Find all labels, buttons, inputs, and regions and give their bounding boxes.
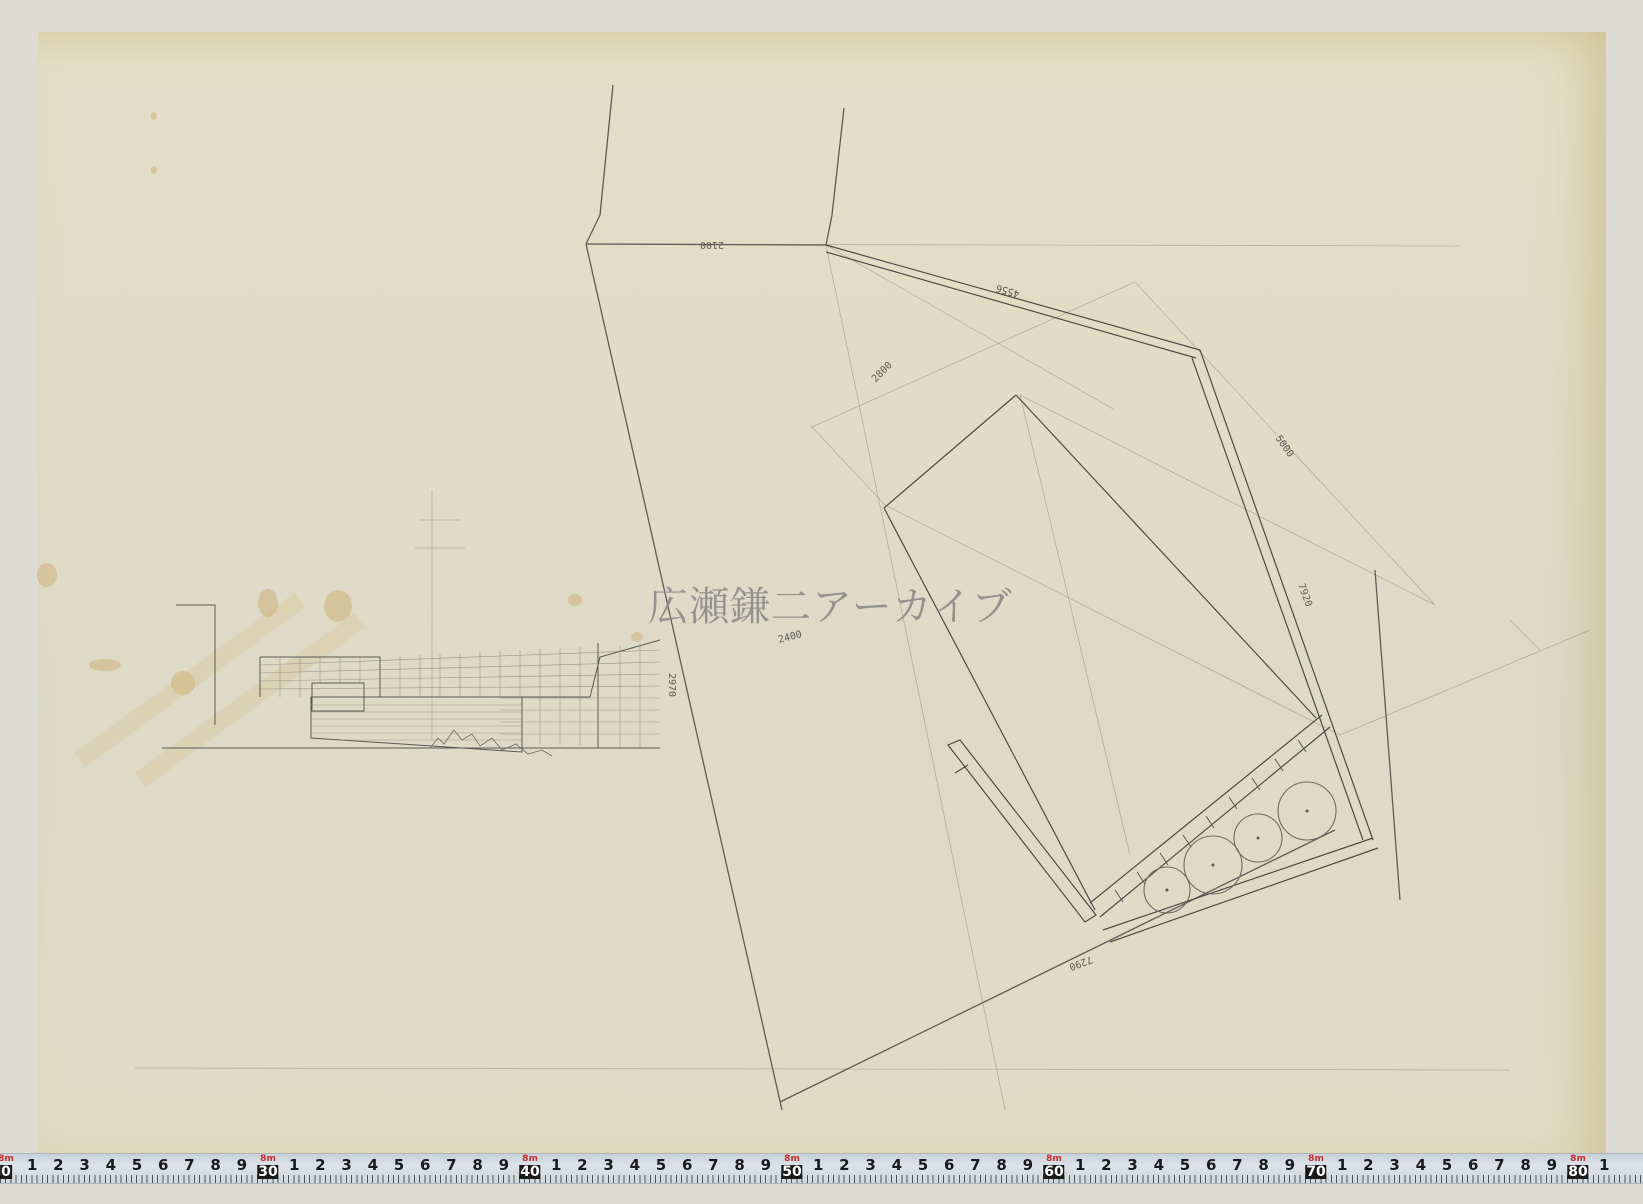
ruler-label: 9 [761, 1156, 771, 1174]
ruler-unit-marker: 8m [260, 1154, 276, 1164]
ruler-label: 3 [1389, 1156, 1399, 1174]
ruler-label: 3 [1127, 1156, 1137, 1174]
ruler-label: 4 [892, 1156, 902, 1174]
ruler-label: 8 [996, 1156, 1006, 1174]
ruler-label: 5 [656, 1156, 666, 1174]
ruler-label: 7 [708, 1156, 718, 1174]
ruler-label: 9 [1547, 1156, 1557, 1174]
ruler-label: 1 [813, 1156, 823, 1174]
construction-lines [135, 244, 1590, 1110]
ruler-label: 1 [27, 1156, 37, 1174]
ruler-major-label: 30 [257, 1165, 278, 1179]
ruler-ticks [0, 1175, 1643, 1183]
ruler-label: 1 [1337, 1156, 1347, 1174]
brick-hatching [1115, 740, 1306, 902]
ruler-label: 2 [315, 1156, 325, 1174]
measuring-tape: 8m01234567898m301234567898m401234567898m… [0, 1153, 1643, 1184]
ruler-label: 6 [682, 1156, 692, 1174]
ruler-major-label: 60 [1043, 1165, 1064, 1179]
ruler-unit-marker: 8m [784, 1154, 800, 1164]
ruler-label: 2 [577, 1156, 587, 1174]
ruler-label: 1 [1075, 1156, 1085, 1174]
ruler-major-label: 0 [0, 1165, 12, 1179]
ruler-label: 7 [1494, 1156, 1504, 1174]
dim-right-upper: 5000 [1273, 433, 1296, 459]
ruler-label: 3 [79, 1156, 89, 1174]
ruler-label: 6 [1206, 1156, 1216, 1174]
ruler-label: 8 [210, 1156, 220, 1174]
ruler-label: 8 [1258, 1156, 1268, 1174]
ruler-label: 4 [368, 1156, 378, 1174]
ruler-unit-marker: 8m [1570, 1154, 1586, 1164]
ruler-label: 9 [237, 1156, 247, 1174]
dim-top: 2100 [700, 239, 724, 250]
ruler-label: 9 [1285, 1156, 1295, 1174]
ruler-label: 9 [499, 1156, 509, 1174]
ruler-unit-marker: 8m [522, 1154, 538, 1164]
ruler-label: 7 [970, 1156, 980, 1174]
ruler-unit-marker: 8m [1308, 1154, 1324, 1164]
ruler-label: 3 [603, 1156, 613, 1174]
ruler-label: 4 [106, 1156, 116, 1174]
ruler-label: 8 [472, 1156, 482, 1174]
ruler-label: 1 [551, 1156, 561, 1174]
ruler-label: 6 [944, 1156, 954, 1174]
archive-watermark: 広瀬鎌二アーカイブ [648, 575, 1013, 632]
ruler-label: 9 [1023, 1156, 1033, 1174]
ruler-label: 6 [158, 1156, 168, 1174]
ruler-label: 2 [1101, 1156, 1111, 1174]
ruler-label: 7 [446, 1156, 456, 1174]
ruler-label: 8 [1520, 1156, 1530, 1174]
ruler-label: 7 [1232, 1156, 1242, 1174]
ruler-label: 5 [132, 1156, 142, 1174]
ruler-label: 2 [53, 1156, 63, 1174]
dim-right-wall: 7920 [1295, 582, 1314, 608]
dim-upper-diagonal: 4556 [995, 282, 1021, 299]
ruler-major-label: 70 [1305, 1165, 1326, 1179]
ruler-label: 1 [1599, 1156, 1609, 1174]
ruler-major-label: 80 [1567, 1165, 1588, 1179]
water-stains [37, 112, 643, 695]
ruler-major-label: 50 [781, 1165, 802, 1179]
ruler-label: 4 [1416, 1156, 1426, 1174]
ruler-label: 4 [630, 1156, 640, 1174]
dim-bottom: 7290 [1067, 953, 1093, 972]
ruler-label: 2 [1363, 1156, 1373, 1174]
ruler-label: 3 [341, 1156, 351, 1174]
brick-wall-hatch [311, 705, 522, 740]
ruler-label: 6 [1468, 1156, 1478, 1174]
ruler-major-label: 40 [519, 1165, 540, 1179]
ruler-label: 7 [184, 1156, 194, 1174]
ruler-label: 8 [734, 1156, 744, 1174]
dim-inner: 2800 [870, 360, 895, 385]
ruler-label: 5 [1442, 1156, 1452, 1174]
ruler-label: 1 [289, 1156, 299, 1174]
ruler-label: 5 [1180, 1156, 1190, 1174]
ruler-unit-marker: 8m [0, 1154, 14, 1164]
ruler-label: 5 [918, 1156, 928, 1174]
ruler-label: 6 [420, 1156, 430, 1174]
stain-streaks [80, 600, 360, 780]
dim-left-vertical: 2970 [666, 673, 677, 697]
ruler-label: 5 [394, 1156, 404, 1174]
ruler-unit-marker: 8m [1046, 1154, 1062, 1164]
ruler-label: 3 [865, 1156, 875, 1174]
ruler-label: 4 [1154, 1156, 1164, 1174]
ruler-label: 2 [839, 1156, 849, 1174]
